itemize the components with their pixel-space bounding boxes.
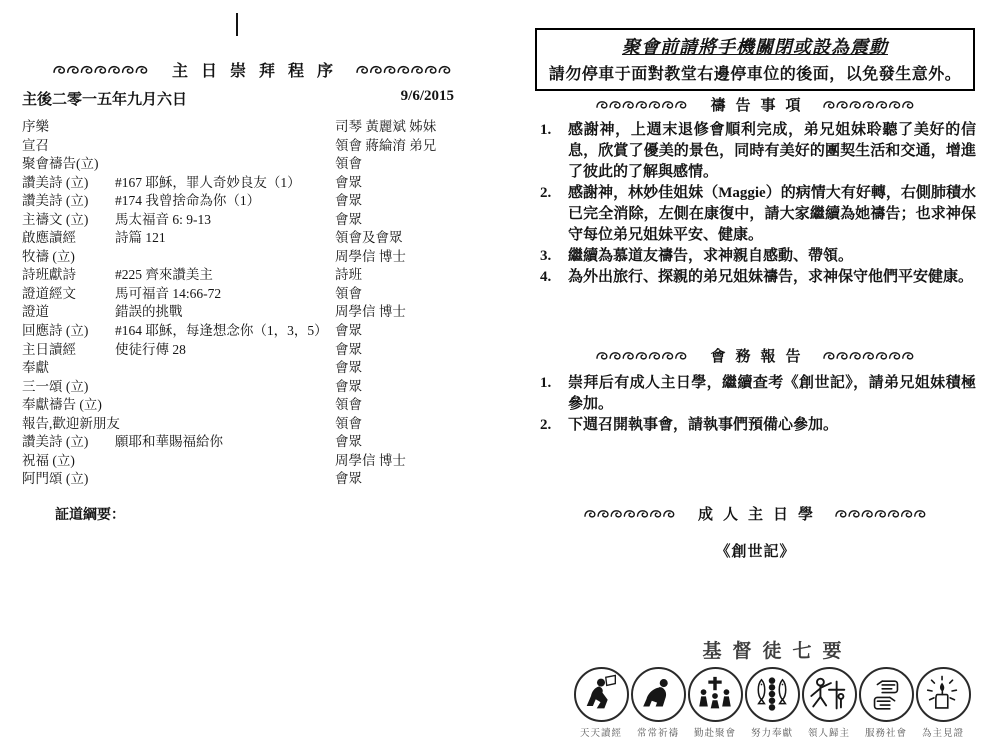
program-item-detail: 馬太福音 6: 9-13	[115, 211, 335, 230]
seven-essential: 為主見證	[915, 667, 971, 739]
prayer-item-text: 感謝神，上週末退修會順利完成，弟兄姐妹聆聽了美好的信息，欣賞了優美的景色，同時有…	[568, 120, 976, 183]
date-chinese: 主後二零一五年九月六日	[22, 88, 187, 109]
program-row: 啟應讀經 詩篇 121 領會及會眾	[22, 229, 482, 248]
program-item-label: 主日讀經	[22, 341, 115, 360]
school-book-title: 《創世記》	[535, 540, 976, 561]
program-item-label: 讚美詩 (立)	[22, 174, 115, 193]
program-item-detail: 願耶和華賜福給你	[115, 433, 335, 452]
seven-essential-circle	[916, 667, 971, 722]
seven-essential-label: 努力奉獻	[751, 725, 793, 739]
program-row: 主禱文 (立) 馬太福音 6: 9-13 會眾	[22, 211, 482, 230]
report-item-text: 崇拜后有成人主日學，繼續查考《創世記》，請弟兄姐妹積極參加。	[568, 373, 976, 415]
program-row: 序樂 司琴 黃麗斌 姊妹	[22, 118, 482, 137]
seven-essential-label: 勤赴聚會	[694, 725, 736, 739]
program-item-detail	[115, 155, 335, 174]
assembly-icon	[694, 674, 736, 716]
program-item-person: 領會及會眾	[335, 229, 482, 248]
program-item-person: 周學信 博士	[335, 452, 482, 471]
prayer-item-text: 感謝神，林妙佳姐妹（Maggie）的病情大有好轉，右側肺積水已完全消除，左側在康…	[568, 183, 976, 246]
program-item-label: 證道經文	[22, 285, 115, 304]
prayer-item-number: 3.	[540, 246, 568, 267]
program-item-label: 回應詩 (立)	[22, 322, 115, 341]
offering-icon	[751, 674, 793, 716]
praying-icon	[637, 674, 679, 716]
program-row: 詩班獻詩 #225 齊來讚美主 詩班	[22, 266, 482, 285]
program-item-detail: 使徒行傳 28	[115, 341, 335, 360]
program-row: 報告,歡迎新朋友 領會	[22, 415, 482, 434]
program-row: 牧禱 (立) 周學信 博士	[22, 248, 482, 267]
sermon-outline-label: 証道綱要：	[55, 504, 125, 524]
worship-order-header: 主日崇拜程序	[20, 58, 485, 81]
program-row: 宣召 領會 蔣綸淯 弟兄	[22, 137, 482, 156]
program-row: 讚美詩 (立) #174 我曾捨命為你（1） 會眾	[22, 192, 482, 211]
leading-icon	[808, 674, 850, 716]
scroll-ornament	[596, 351, 688, 361]
program-item-person: 會眾	[335, 378, 482, 397]
school-section-title: 成人主日學	[688, 503, 823, 524]
report-section-header: 會務報告	[535, 345, 976, 366]
program-item-detail	[115, 248, 335, 267]
parking-notice: 請勿停車于面對教堂右邊停車位的後面，以免發生意外。	[541, 61, 969, 84]
seven-essential: 天天讀經	[573, 667, 629, 739]
program-item-label: 詩班獻詩	[22, 266, 115, 285]
program-item-person: 周學信 博士	[335, 248, 482, 267]
program-item-label: 序樂	[22, 118, 115, 137]
scroll-ornament	[835, 509, 927, 519]
report-item-text: 下週召開執事會，請執事們預備心參加。	[568, 415, 976, 436]
prayer-item-text: 為外出旅行、探親的弟兄姐妹禱告，求神保守他們平安健康。	[568, 267, 976, 288]
prayer-item-number: 1.	[540, 120, 568, 183]
program-item-detail: #174 我曾捨命為你（1）	[115, 192, 335, 211]
prayer-item-number: 4.	[540, 267, 568, 288]
program-row: 祝福 (立) 周學信 博士	[22, 452, 482, 471]
report-list: 1. 崇拜后有成人主日學，繼續查考《創世記》，請弟兄姐妹積極參加。 2. 下週召…	[540, 373, 976, 436]
program-item-person: 會眾	[335, 359, 482, 378]
program-item-detail	[115, 378, 335, 397]
program-item-person: 領會	[335, 285, 482, 304]
seven-essential: 服務社會	[858, 667, 914, 739]
program-item-detail: #225 齊來讚美主	[115, 266, 335, 285]
program-item-label: 奉獻	[22, 359, 115, 378]
program-item-person: 領會 蔣綸淯 弟兄	[335, 137, 482, 156]
program-item-detail	[115, 470, 335, 489]
program-item-label: 三一頌 (立)	[22, 378, 115, 397]
notice-box: 聚會前請將手機關閉或設為震動 請勿停車于面對教堂右邊停車位的後面，以免發生意外。	[535, 28, 975, 91]
program-item-person: 會眾	[335, 470, 482, 489]
program-row: 主日讀經 使徒行傳 28 會眾	[22, 341, 482, 360]
scroll-ornament	[823, 351, 915, 361]
seven-essential: 勤赴聚會	[687, 667, 743, 739]
prayer-item-text: 繼續為慕道友禱告，求神親自感動、帶領。	[568, 246, 976, 267]
program-item-label: 奉獻禱告 (立)	[22, 396, 115, 415]
program-item-label: 阿門頌 (立)	[22, 470, 115, 489]
program-item-detail: 錯誤的挑戰	[115, 303, 335, 322]
scroll-ornament	[53, 65, 149, 75]
prayer-list: 1. 感謝神，上週末退修會順利完成，弟兄姐妹聆聽了美好的信息，欣賞了優美的景色，…	[540, 120, 976, 288]
program-item-person: 會眾	[335, 211, 482, 230]
program-item-detail	[115, 359, 335, 378]
report-section-title: 會務報告	[700, 345, 810, 366]
program-item-label: 讚美詩 (立)	[22, 433, 115, 452]
program-item-label: 證道	[22, 303, 115, 322]
scroll-ornament	[584, 509, 676, 519]
seven-essential: 努力奉獻	[744, 667, 800, 739]
program-row: 聚會禱告(立) 領會	[22, 155, 482, 174]
program-item-person: 會眾	[335, 192, 482, 211]
text-cursor	[236, 13, 238, 36]
program-item-label: 主禱文 (立)	[22, 211, 115, 230]
program-item-detail	[115, 415, 335, 434]
program-row: 三一頌 (立) 會眾	[22, 378, 482, 397]
program-item-detail	[115, 452, 335, 471]
report-item: 2. 下週召開執事會，請執事們預備心參加。	[540, 415, 976, 436]
program-item-label: 報告,歡迎新朋友	[22, 415, 115, 434]
program-row: 阿門頌 (立) 會眾	[22, 470, 482, 489]
program-item-detail: 詩篇 121	[115, 229, 335, 248]
seven-essential: 領人歸主	[801, 667, 857, 739]
school-section-header: 成人主日學	[535, 503, 976, 524]
program-row: 奉獻禱告 (立) 領會	[22, 396, 482, 415]
program-item-person: 領會	[335, 396, 482, 415]
program-item-person: 會眾	[335, 433, 482, 452]
seven-essential-circle	[688, 667, 743, 722]
program-item-person: 會眾	[335, 341, 482, 360]
reading-icon	[580, 674, 622, 716]
program-item-label: 讚美詩 (立)	[22, 192, 115, 211]
prayer-item: 1. 感謝神，上週末退修會順利完成，弟兄姐妹聆聽了美好的信息，欣賞了優美的景色，…	[540, 120, 976, 183]
report-item-number: 1.	[540, 373, 568, 415]
program-row: 回應詩 (立) #164 耶穌，每逢想念你（1，3，5） 會眾	[22, 322, 482, 341]
seven-essentials: 基督徒七要 天天讀經 常常祈禱 勤赴聚會	[573, 636, 971, 739]
program-item-detail	[115, 137, 335, 156]
program-item-label: 聚會禱告(立)	[22, 155, 115, 174]
seven-essentials-title: 基督徒七要	[573, 636, 971, 663]
program-item-person: 會眾	[335, 174, 482, 193]
seven-essential-label: 領人歸主	[808, 725, 850, 739]
program-row: 證道 錯誤的挑戰 周學信 博士	[22, 303, 482, 322]
program-item-label: 啟應讀經	[22, 229, 115, 248]
date-row: 主後二零一五年九月六日 9/6/2015	[22, 88, 454, 109]
worship-order-title: 主日崇拜程序	[159, 58, 346, 81]
seven-essential-label: 服務社會	[865, 725, 907, 739]
program-item-person: 司琴 黃麗斌 姊妹	[335, 118, 482, 137]
program-item-label: 宣召	[22, 137, 115, 156]
prayer-section-title: 禱告事項	[700, 94, 810, 115]
witness-icon	[922, 674, 964, 716]
scroll-ornament	[823, 100, 915, 110]
program-item-label: 祝福 (立)	[22, 452, 115, 471]
program-row: 讚美詩 (立) #167 耶穌，罪人奇妙良友（1） 會眾	[22, 174, 482, 193]
program-item-person: 詩班	[335, 266, 482, 285]
seven-essential-circle	[631, 667, 686, 722]
program-item-detail	[115, 396, 335, 415]
scroll-ornament	[596, 100, 688, 110]
program-item-person: 領會	[335, 155, 482, 174]
program-item-detail: #167 耶穌，罪人奇妙良友（1）	[115, 174, 335, 193]
serving-icon	[865, 674, 907, 716]
prayer-item: 3. 繼續為慕道友禱告，求神親自感動、帶領。	[540, 246, 976, 267]
seven-essential-label: 為主見證	[922, 725, 964, 739]
program-item-detail: #164 耶穌，每逢想念你（1，3，5）	[115, 322, 335, 341]
program-item-person: 領會	[335, 415, 482, 434]
program-item-person: 會眾	[335, 322, 482, 341]
phone-notice: 聚會前請將手機關閉或設為震動	[541, 33, 969, 59]
prayer-item-number: 2.	[540, 183, 568, 246]
prayer-item: 2. 感謝神，林妙佳姐妹（Maggie）的病情大有好轉，右側肺積水已完全消除，左…	[540, 183, 976, 246]
program-row: 奉獻 會眾	[22, 359, 482, 378]
seven-essential-circle	[802, 667, 857, 722]
seven-essential: 常常祈禱	[630, 667, 686, 739]
prayer-item: 4. 為外出旅行、探親的弟兄姐妹禱告，求神保守他們平安健康。	[540, 267, 976, 288]
scroll-ornament	[356, 65, 452, 75]
seven-essential-label: 天天讀經	[580, 725, 622, 739]
program-row: 讚美詩 (立) 願耶和華賜福給你 會眾	[22, 433, 482, 452]
program-item-person: 周學信 博士	[335, 303, 482, 322]
seven-essential-label: 常常祈禱	[637, 725, 679, 739]
program-item-label: 牧禱 (立)	[22, 248, 115, 267]
bulletin-page: { "left": { "title": "主日崇拜程序", "date_cn"…	[0, 0, 983, 754]
report-item: 1. 崇拜后有成人主日學，繼續查考《創世記》，請弟兄姐妹積極參加。	[540, 373, 976, 415]
program-list: 序樂 司琴 黃麗斌 姊妹 宣召 領會 蔣綸淯 弟兄 聚會禱告(立) 領會 讚美詩…	[22, 118, 482, 489]
seven-essential-circle	[574, 667, 629, 722]
program-item-detail	[115, 118, 335, 137]
seven-essential-circle	[859, 667, 914, 722]
prayer-section-header: 禱告事項	[535, 94, 976, 115]
report-item-number: 2.	[540, 415, 568, 436]
seven-essential-circle	[745, 667, 800, 722]
date-numeric: 9/6/2015	[401, 88, 454, 109]
program-item-detail: 馬可福音 14:66-72	[115, 285, 335, 304]
program-row: 證道經文 馬可福音 14:66-72 領會	[22, 285, 482, 304]
seven-essentials-row: 天天讀經 常常祈禱 勤赴聚會 努力奉獻	[573, 667, 971, 739]
